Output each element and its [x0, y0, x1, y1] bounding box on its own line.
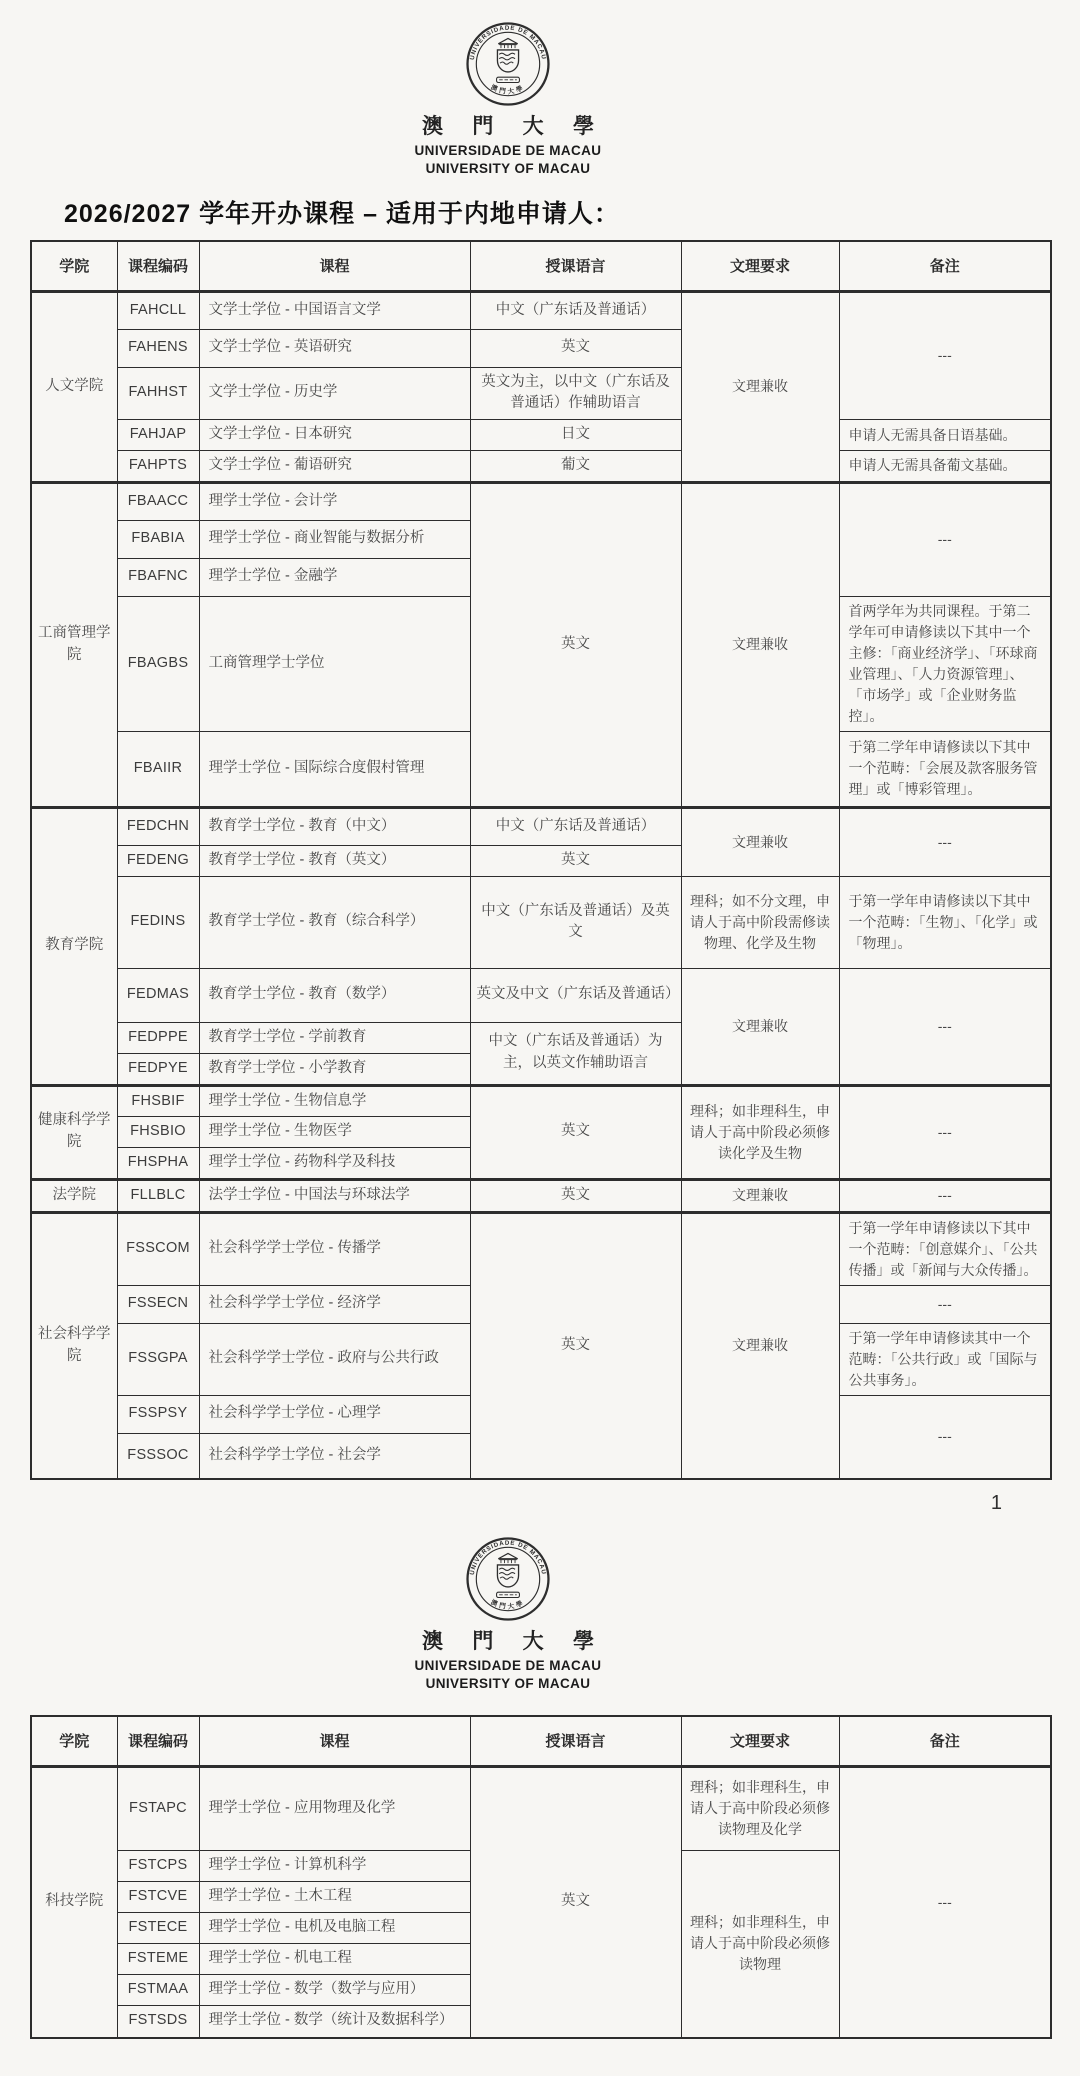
- remark-cell: 首两学年为共同课程。于第二学年可申请修读以下其中一个主修：「商业经济学」、「环球…: [839, 596, 1051, 731]
- course-table-page1: 学院课程编码课程授课语言文理要求备注人文学院FAHCLL文学士学位 - 中国语言…: [30, 240, 1052, 1480]
- course-row: 社会科学学院FSSCOM社会科学学士学位 - 传播学英文文理兼收于第一学年申请修…: [31, 1212, 1051, 1285]
- course-cell: 文学士学位 - 葡语研究: [199, 451, 470, 483]
- remark-cell: ---: [839, 1285, 1051, 1323]
- stream-cell: 文理兼收: [681, 482, 839, 807]
- column-header-course: 课程: [199, 241, 470, 291]
- course-row: FEDMAS教育学士学位 - 教育（数学）英文及中文（广东话及普通话）文理兼收-…: [31, 968, 1051, 1022]
- language-cell: 英文: [470, 329, 681, 367]
- column-header-college: 学院: [31, 241, 117, 291]
- page-number: 1: [30, 1492, 1050, 1515]
- column-header-course: 课程: [199, 1716, 470, 1766]
- university-seal-icon: [464, 1535, 552, 1623]
- code-cell: FEDINS: [117, 876, 199, 968]
- code-cell: FSSCOM: [117, 1212, 199, 1285]
- remark-cell: ---: [839, 807, 1051, 876]
- code-cell: FHSBIF: [117, 1085, 199, 1117]
- document-section-page1: 澳 門 大 學 UNIVERSIDADE DE MACAU UNIVERSITY…: [30, 20, 1050, 1515]
- column-header-language: 授课语言: [470, 241, 681, 291]
- code-cell: FAHJAP: [117, 420, 199, 451]
- language-cell: 日文: [470, 420, 681, 451]
- code-cell: FEDMAS: [117, 968, 199, 1022]
- remark-cell: ---: [839, 1766, 1051, 2038]
- university-logo: 澳 門 大 學 UNIVERSIDADE DE MACAU UNIVERSITY…: [411, 20, 605, 176]
- code-cell: FBAFNC: [117, 558, 199, 596]
- course-table-page2: 学院课程编码课程授课语言文理要求备注科技学院FSTAPC理学士学位 - 应用物理…: [30, 1715, 1052, 2039]
- college-cell: 法学院: [31, 1179, 117, 1212]
- code-cell: FLLBLC: [117, 1179, 199, 1212]
- course-cell: 社会科学学士学位 - 政府与公共行政: [199, 1323, 470, 1395]
- code-cell: FAHHST: [117, 367, 199, 420]
- code-cell: FAHCLL: [117, 291, 199, 329]
- code-cell: FEDPPE: [117, 1022, 199, 1053]
- code-cell: FEDENG: [117, 845, 199, 876]
- stream-cell: 文理兼收: [681, 1212, 839, 1479]
- column-header-remark: 备注: [839, 1716, 1051, 1766]
- college-cell: 教育学院: [31, 807, 117, 1085]
- code-cell: FSTMAA: [117, 1974, 199, 2005]
- course-cell: 理学士学位 - 应用物理及化学: [199, 1766, 470, 1850]
- column-header-remark: 备注: [839, 241, 1051, 291]
- course-cell: 教育学士学位 - 教育（数学）: [199, 968, 470, 1022]
- code-cell: FAHENS: [117, 329, 199, 367]
- university-name-portuguese: UNIVERSIDADE DE MACAU: [411, 143, 605, 158]
- code-cell: FHSPHA: [117, 1148, 199, 1180]
- course-cell: 法学士学位 - 中国法与环球法学: [199, 1179, 470, 1212]
- course-row: 教育学院FEDCHN教育学士学位 - 教育（中文）中文（广东话及普通话）文理兼收…: [31, 807, 1051, 845]
- course-cell: 理学士学位 - 数学（数学与应用）: [199, 1974, 470, 2005]
- language-cell: 中文（广东话及普通话）为主，以英文作辅助语言: [470, 1022, 681, 1085]
- course-cell: 理学士学位 - 机电工程: [199, 1943, 470, 1974]
- column-header-code: 课程编码: [117, 241, 199, 291]
- code-cell: FSSSOC: [117, 1433, 199, 1479]
- table-header-row: 学院课程编码课程授课语言文理要求备注: [31, 1716, 1051, 1766]
- course-cell: 教育学士学位 - 学前教育: [199, 1022, 470, 1053]
- college-cell: 健康科学学院: [31, 1085, 117, 1179]
- remark-cell: 于第一学年申请修读其中一个范畴：「公共行政」或「国际与公共事务」。: [839, 1323, 1051, 1395]
- language-cell: 英文为主，以中文（广东话及普通话）作辅助语言: [470, 367, 681, 420]
- stream-cell: 文理兼收: [681, 291, 839, 482]
- code-cell: FEDCHN: [117, 807, 199, 845]
- remark-cell: ---: [839, 1179, 1051, 1212]
- language-cell: 英文: [470, 1179, 681, 1212]
- code-cell: FBAIIR: [117, 731, 199, 807]
- remark-cell: 于第二学年申请修读以下其中一个范畴：「会展及款客服务管理」或「博彩管理」。: [839, 731, 1051, 807]
- code-cell: FSSPSY: [117, 1395, 199, 1433]
- course-cell: 理学士学位 - 生物医学: [199, 1117, 470, 1148]
- language-cell: 中文（广东话及普通话）: [470, 291, 681, 329]
- language-cell: 葡文: [470, 451, 681, 483]
- language-cell: 英文及中文（广东话及普通话）: [470, 968, 681, 1022]
- remark-cell: ---: [839, 968, 1051, 1085]
- code-cell: FEDPYE: [117, 1053, 199, 1085]
- university-seal-icon: [464, 20, 552, 108]
- language-cell: 英文: [470, 482, 681, 807]
- course-cell: 理学士学位 - 计算机科学: [199, 1850, 470, 1881]
- document-page: 澳 門 大 學 UNIVERSIDADE DE MACAU UNIVERSITY…: [0, 0, 1080, 2039]
- stream-cell: 理科；如不分文理，申请人于高中阶段需修读物理、化学及生物: [681, 876, 839, 968]
- column-header-stream: 文理要求: [681, 1716, 839, 1766]
- university-name-english: UNIVERSITY OF MACAU: [411, 1676, 605, 1691]
- course-cell: 理学士学位 - 土木工程: [199, 1881, 470, 1912]
- stream-cell: 理科；如非理科生，申请人于高中阶段必须修读物理: [681, 1850, 839, 2038]
- course-row: 科技学院FSTAPC理学士学位 - 应用物理及化学英文理科；如非理科生，申请人于…: [31, 1766, 1051, 1850]
- stream-cell: 文理兼收: [681, 807, 839, 876]
- college-cell: 人文学院: [31, 291, 117, 482]
- column-header-college: 学院: [31, 1716, 117, 1766]
- remark-cell: ---: [839, 291, 1051, 420]
- university-name-chinese: 澳 門 大 學: [411, 110, 605, 140]
- course-cell: 文学士学位 - 历史学: [199, 367, 470, 420]
- language-cell: 中文（广东话及普通话）: [470, 807, 681, 845]
- university-name-english: UNIVERSITY OF MACAU: [411, 161, 605, 176]
- remark-cell: ---: [839, 482, 1051, 596]
- document-section-page2: 澳 門 大 學 UNIVERSIDADE DE MACAU UNIVERSITY…: [30, 1535, 1050, 2039]
- course-cell: 教育学士学位 - 教育（英文）: [199, 845, 470, 876]
- course-cell: 社会科学学士学位 - 传播学: [199, 1212, 470, 1285]
- course-cell: 教育学士学位 - 教育（中文）: [199, 807, 470, 845]
- code-cell: FBAGBS: [117, 596, 199, 731]
- code-cell: FHSBIO: [117, 1117, 199, 1148]
- stream-cell: 文理兼收: [681, 1179, 839, 1212]
- course-cell: 社会科学学士学位 - 社会学: [199, 1433, 470, 1479]
- remark-cell: ---: [839, 1395, 1051, 1479]
- code-cell: FBAACC: [117, 482, 199, 520]
- course-row: 健康科学学院FHSBIF理学士学位 - 生物信息学英文理科；如非理科生，申请人于…: [31, 1085, 1051, 1117]
- language-cell: 英文: [470, 1085, 681, 1179]
- code-cell: FSTCPS: [117, 1850, 199, 1881]
- column-header-code: 课程编码: [117, 1716, 199, 1766]
- column-header-stream: 文理要求: [681, 241, 839, 291]
- code-cell: FSTECE: [117, 1912, 199, 1943]
- language-cell: 英文: [470, 1212, 681, 1479]
- course-cell: 理学士学位 - 生物信息学: [199, 1085, 470, 1117]
- course-cell: 理学士学位 - 药物科学及科技: [199, 1148, 470, 1180]
- code-cell: FSSGPA: [117, 1323, 199, 1395]
- course-cell: 理学士学位 - 会计学: [199, 482, 470, 520]
- course-cell: 文学士学位 - 中国语言文学: [199, 291, 470, 329]
- university-name-chinese: 澳 門 大 學: [411, 1625, 605, 1655]
- college-cell: 社会科学学院: [31, 1212, 117, 1479]
- stream-cell: 理科；如非理科生，申请人于高中阶段必须修读物理及化学: [681, 1766, 839, 1850]
- college-cell: 工商管理学院: [31, 482, 117, 807]
- course-row: 法学院FLLBLC法学士学位 - 中国法与环球法学英文文理兼收---: [31, 1179, 1051, 1212]
- course-row: FEDINS教育学士学位 - 教育（综合科学）中文（广东话及普通话）及英文理科；…: [31, 876, 1051, 968]
- remark-cell: 申请人无需具备日语基础。: [839, 420, 1051, 451]
- course-row: FAHPTS文学士学位 - 葡语研究葡文申请人无需具备葡文基础。: [31, 451, 1051, 483]
- course-cell: 教育学士学位 - 小学教育: [199, 1053, 470, 1085]
- course-cell: 社会科学学士学位 - 经济学: [199, 1285, 470, 1323]
- course-cell: 理学士学位 - 数学（统计及数据科学）: [199, 2005, 470, 2038]
- language-cell: 中文（广东话及普通话）及英文: [470, 876, 681, 968]
- course-cell: 教育学士学位 - 教育（综合科学）: [199, 876, 470, 968]
- university-logo: 澳 門 大 學 UNIVERSIDADE DE MACAU UNIVERSITY…: [411, 1535, 605, 1691]
- course-cell: 理学士学位 - 电机及电脑工程: [199, 1912, 470, 1943]
- course-cell: 文学士学位 - 英语研究: [199, 329, 470, 367]
- code-cell: FSTSDS: [117, 2005, 199, 2038]
- table-header-row: 学院课程编码课程授课语言文理要求备注: [31, 241, 1051, 291]
- course-cell: 社会科学学士学位 - 心理学: [199, 1395, 470, 1433]
- code-cell: FSTAPC: [117, 1766, 199, 1850]
- column-header-language: 授课语言: [470, 1716, 681, 1766]
- language-cell: 英文: [470, 1766, 681, 2038]
- stream-cell: 理科；如非理科生，申请人于高中阶段必须修读化学及生物: [681, 1085, 839, 1179]
- code-cell: FSSECN: [117, 1285, 199, 1323]
- remark-cell: 申请人无需具备葡文基础。: [839, 451, 1051, 483]
- course-cell: 文学士学位 - 日本研究: [199, 420, 470, 451]
- code-cell: FSTEME: [117, 1943, 199, 1974]
- remark-cell: ---: [839, 1085, 1051, 1179]
- course-cell: 理学士学位 - 商业智能与数据分析: [199, 520, 470, 558]
- code-cell: FAHPTS: [117, 451, 199, 483]
- language-cell: 英文: [470, 845, 681, 876]
- university-name-portuguese: UNIVERSIDADE DE MACAU: [411, 1658, 605, 1673]
- page-title: 2026/2027 学年开办课程 – 适用于内地申请人：: [64, 194, 1050, 230]
- course-cell: 理学士学位 - 金融学: [199, 558, 470, 596]
- course-row: 人文学院FAHCLL文学士学位 - 中国语言文学中文（广东话及普通话）文理兼收-…: [31, 291, 1051, 329]
- code-cell: FSTCVE: [117, 1881, 199, 1912]
- stream-cell: 文理兼收: [681, 968, 839, 1085]
- course-cell: 理学士学位 - 国际综合度假村管理: [199, 731, 470, 807]
- course-row: FAHJAP文学士学位 - 日本研究日文申请人无需具备日语基础。: [31, 420, 1051, 451]
- college-cell: 科技学院: [31, 1766, 117, 2038]
- code-cell: FBABIA: [117, 520, 199, 558]
- remark-cell: 于第一学年申请修读以下其中一个范畴：「生物」、「化学」或「物理」。: [839, 876, 1051, 968]
- remark-cell: 于第一学年申请修读以下其中一个范畴：「创意媒介」、「公共传播」或「新闻与大众传播…: [839, 1212, 1051, 1285]
- course-row: 工商管理学院FBAACC理学士学位 - 会计学英文文理兼收---: [31, 482, 1051, 520]
- course-cell: 工商管理学士学位: [199, 596, 470, 731]
